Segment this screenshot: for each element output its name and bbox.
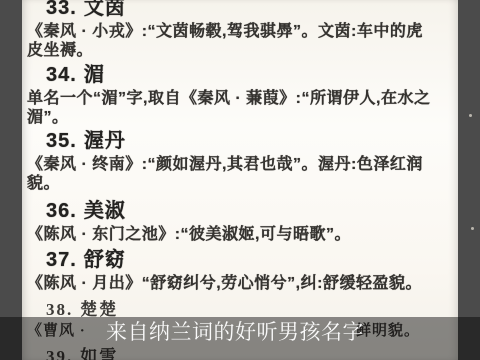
list-entry: 35.渥丹 《秦风 · 终南》:“颜如渥丹,其君也哉”。渥丹:色泽红润貌。 (27, 130, 439, 193)
entry-heading: 34.湄 (27, 64, 439, 86)
entry-number: 37. (46, 249, 77, 271)
entry-number: 34. (46, 64, 77, 86)
entry-heading: 35.渥丹 (27, 130, 439, 152)
photo-dust-speck (471, 227, 474, 230)
entry-body: 《秦风 · 小戎》:“文茵畅毂,驾我骐馵”。文茵:车中的虎皮坐褥。 (27, 22, 439, 60)
name-list: 33.文茵 《秦风 · 小戎》:“文茵畅毂,驾我骐馵”。文茵:车中的虎皮坐褥。 … (22, 0, 458, 360)
screenshot-root: 33.文茵 《秦风 · 小戎》:“文茵畅毂,驾我骐馵”。文茵:车中的虎皮坐褥。 … (0, 0, 480, 360)
entry-name: 湄 (84, 64, 105, 86)
list-entry: 37.舒窈 《陈风 · 月出》“舒窈纠兮,劳心悄兮”,纠:舒缓轻盈貌。 (27, 249, 439, 293)
caption-overlay: 来自纳兰词的好听男孩名字 (0, 317, 480, 360)
entry-name: 美淑 (84, 200, 126, 222)
entry-heading: 38.楚楚 (27, 301, 439, 318)
photo-dust-speck (469, 114, 472, 117)
caption-text: 来自纳兰词的好听男孩名字 (106, 322, 364, 344)
entry-number: 36. (46, 200, 77, 222)
entry-number: 35. (46, 130, 77, 152)
entry-heading: 37.舒窈 (27, 249, 439, 271)
entry-body: 单名一个“湄”字,取自《秦风 · 蒹葭》:“所谓伊人,在水之湄”。 (27, 89, 439, 127)
entry-heading: 33.文茵 (27, 0, 439, 19)
list-entry: 36.美淑 《陈风 · 东门之池》:“彼美淑姬,可与晤歌”。 (27, 200, 439, 244)
list-entry: 34.湄 单名一个“湄”字,取自《秦风 · 蒹葭》:“所谓伊人,在水之湄”。 (27, 64, 439, 127)
entry-heading: 36.美淑 (27, 200, 439, 222)
entry-body: 《陈风 · 月出》“舒窈纠兮,劳心悄兮”,纠:舒缓轻盈貌。 (27, 274, 439, 293)
entry-name: 舒窈 (84, 249, 126, 271)
entry-name: 渥丹 (84, 130, 126, 152)
photo-dust-speck (62, 162, 64, 164)
entry-body: 《陈风 · 东门之池》:“彼美淑姬,可与晤歌”。 (27, 225, 439, 244)
entry-name: 文茵 (84, 0, 126, 19)
list-entry: 33.文茵 《秦风 · 小戎》:“文茵畅毂,驾我骐馵”。文茵:车中的虎皮坐褥。 (27, 0, 439, 60)
entry-body: 《秦风 · 终南》:“颜如渥丹,其君也哉”。渥丹:色泽红润貌。 (27, 155, 439, 193)
entry-number: 33. (46, 0, 77, 19)
